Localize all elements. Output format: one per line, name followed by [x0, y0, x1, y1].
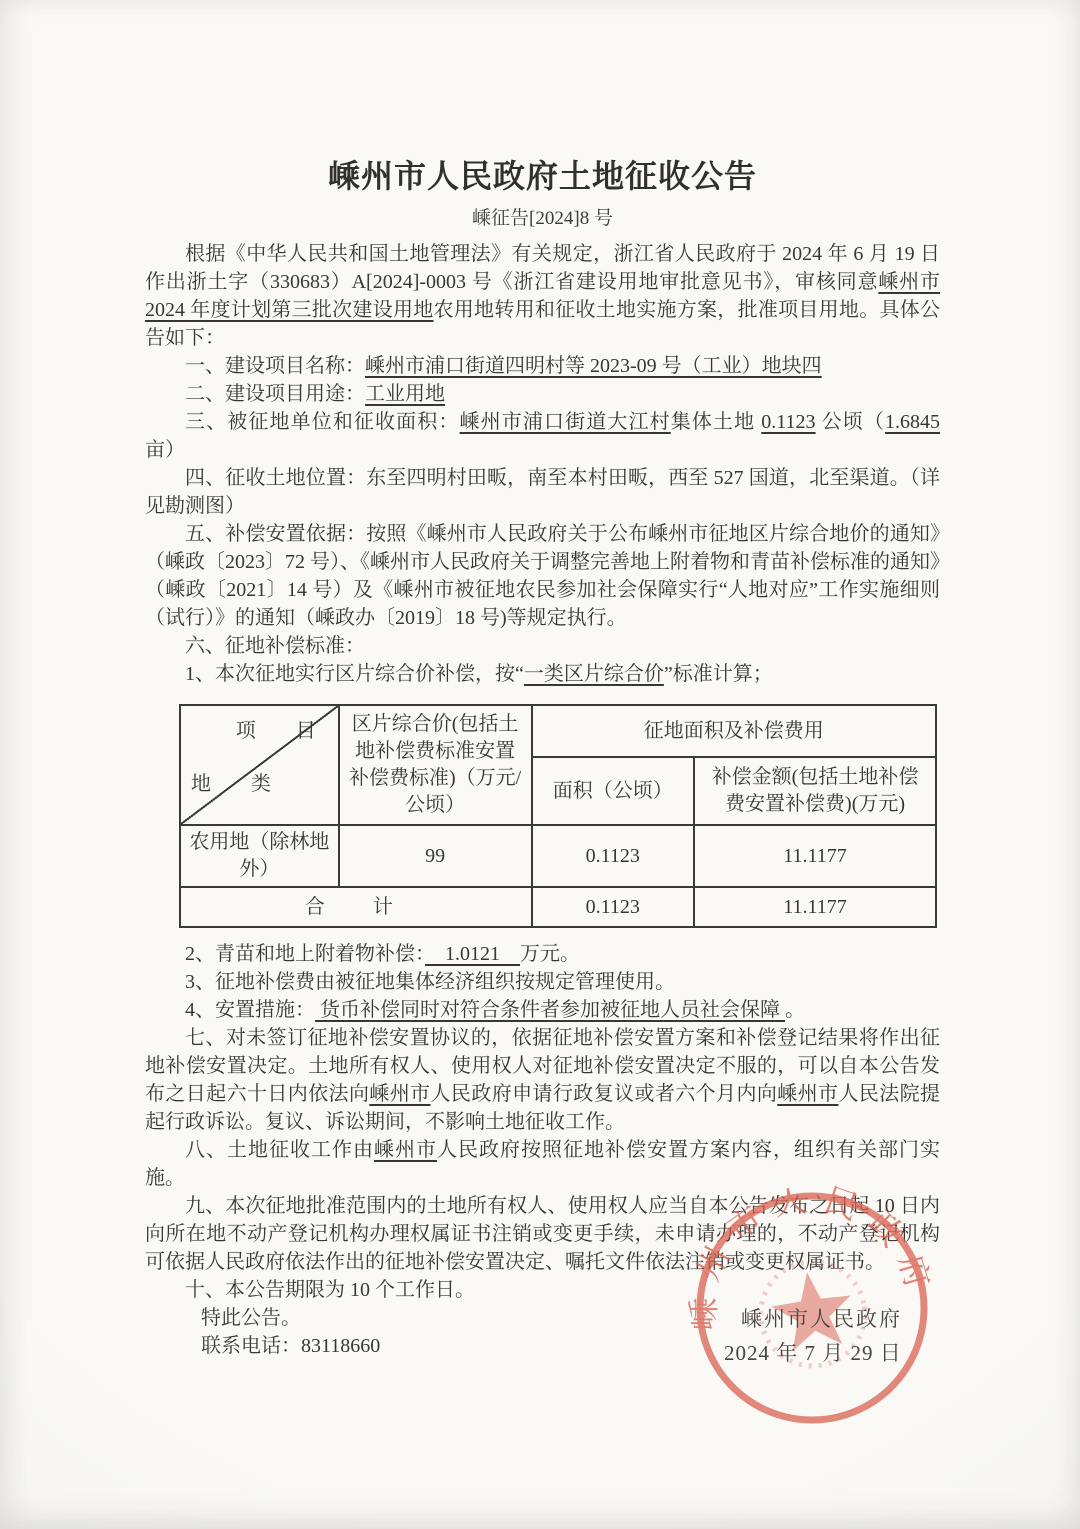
cell-land-type: 农用地（除林地外） — [180, 825, 339, 887]
announcement-page: 嵊州市人民政府土地征收公告 嵊征告[2024]8 号 根据《中华人民共和国土地管… — [0, 0, 1080, 1529]
underlined-text: 一类区片综合价 — [524, 663, 664, 685]
para-item-6-4: 4、安置措施： 货币补偿同时对符合条件者参加被征地人员社会保障 。 — [145, 996, 940, 1024]
text-segment: 4、安置措施： — [185, 999, 315, 1021]
table-corner-cell: 项 目 地 类 — [180, 705, 339, 825]
text-segment: 公顷（ — [816, 411, 885, 433]
underlined-text: 嵊州市浦口街道四明村等 2023-09 号（工业）地块四 — [365, 355, 822, 377]
cell-area: 0.1123 — [532, 825, 695, 887]
total-label: 合 计 — [180, 887, 532, 927]
text-segment: 八、土地征收工作由 — [185, 1139, 374, 1161]
underlined-text: 嵊州市浦口街道大江村 — [460, 411, 671, 433]
underlined-text: 嵊州市 — [369, 1083, 430, 1105]
underlined-text: 0.1123 — [761, 411, 815, 433]
text-segment: 四、征收土地位置：东至四明村田畈，南至本村田畈，西至 527 国道，北至渠道。（… — [145, 467, 940, 517]
signature-date: 2024 年 7 月 29 日 — [724, 1340, 902, 1366]
underlined-text: 嵊州市 — [777, 1083, 838, 1105]
text-segment: 。 — [785, 999, 805, 1021]
para-item-6-3: 3、征地补偿费由被征地集体经济组织按规定管理使用。 — [145, 968, 940, 996]
cell-price: 99 — [339, 825, 532, 887]
header-amount: 补偿金额(包括土地补偿费安置补偿费)(万元) — [694, 757, 936, 825]
doc-number: 嵊征告[2024]8 号 — [145, 206, 940, 232]
para-item-4: 四、征收土地位置：东至四明村田畈，南至本村田畈，西至 527 国道，北至渠道。（… — [145, 464, 940, 520]
text-segment: 集体土地 — [671, 411, 762, 433]
page-title: 嵊州市人民政府土地征收公告 — [145, 158, 940, 194]
corner-label-item: 项 目 — [236, 718, 326, 745]
contact-number: 83118660 — [301, 1335, 380, 1357]
para-item-5: 五、补偿安置依据：按照《嵊州市人民政府关于公布嵊州市征地区片综合地价的通知》（嵊… — [145, 520, 940, 632]
underlined-text: 1.6845 — [885, 411, 940, 433]
para-item-7: 七、对未签订征地补偿安置协议的，依据征地补偿安置方案和补偿登记结果将作出征地补偿… — [145, 1024, 940, 1136]
header-group: 征地面积及补偿费用 — [532, 705, 936, 757]
header-area: 面积（公顷） — [532, 757, 695, 825]
text-segment: 2、青苗和地上附着物补偿： — [185, 943, 425, 965]
underlined-text: 工业用地 — [365, 383, 445, 405]
para-intro: 根据《中华人民共和国土地管理法》有关规定，浙江省人民政府于 2024 年 6 月… — [145, 240, 940, 352]
document-content: 嵊州市人民政府土地征收公告 嵊征告[2024]8 号 根据《中华人民共和国土地管… — [145, 158, 940, 1360]
contact-label: 联系电话： — [201, 1335, 301, 1357]
para-item-1: 一、建设项目名称：嵊州市浦口街道四明村等 2023-09 号（工业）地块四 — [145, 352, 940, 380]
cell-amount: 11.1177 — [694, 825, 936, 887]
table-total-row: 合 计 0.1123 11.1177 — [180, 887, 936, 927]
text-segment: 万元。 — [520, 943, 580, 965]
underlined-text: 货币补偿同时对符合条件者参加被征地人员社会保障 — [315, 999, 785, 1021]
compensation-table: 项 目 地 类 区片综合价(包括土地补偿费标准安置补偿费标准)（万元/公顷） 征… — [179, 704, 937, 928]
para-item-3: 三、被征地单位和征收面积：嵊州市浦口街道大江村集体土地 0.1123 公顷（1.… — [145, 408, 940, 464]
text-segment: 3、征地补偿费由被征地集体经济组织按规定管理使用。 — [185, 971, 675, 993]
total-area: 0.1123 — [532, 887, 695, 927]
text-segment: 亩） — [145, 439, 185, 461]
para-item-2: 二、建设项目用途：工业用地 — [145, 380, 940, 408]
header-price: 区片综合价(包括土地补偿费标准安置补偿费标准)（万元/公顷） — [339, 705, 532, 825]
body-before-table: 根据《中华人民共和国土地管理法》有关规定，浙江省人民政府于 2024 年 6 月… — [145, 240, 940, 688]
para-item-6-1: 1、本次征地实行区片综合价补偿，按“一类区片综合价”标准计算； — [145, 660, 940, 688]
text-segment: 1、本次征地实行区片综合价补偿，按“ — [185, 663, 524, 685]
text-segment: 三、被征地单位和征收面积： — [185, 411, 460, 433]
para-item-6: 六、征地补偿标准： — [145, 632, 940, 660]
underlined-text: 1.0121 — [425, 943, 520, 965]
underlined-text: 嵊州市 — [374, 1139, 437, 1161]
text-segment: 五、补偿安置依据：按照《嵊州市人民政府关于公布嵊州市征地区片综合地价的通知》（嵊… — [145, 523, 940, 629]
signature-issuer: 嵊州市人民政府 — [741, 1306, 902, 1332]
text-segment: 一、建设项目名称： — [185, 355, 365, 377]
total-amount: 11.1177 — [694, 887, 936, 927]
para-item-6-2: 2、青苗和地上附着物补偿： 1.0121 万元。 — [145, 940, 940, 968]
text-segment: 十、本公告期限为 10 个工作日。 — [185, 1279, 475, 1301]
text-segment: ”标准计算； — [664, 663, 773, 685]
table-row: 农用地（除林地外） 99 0.1123 11.1177 — [180, 825, 936, 887]
text-segment: 人民政府申请行政复议或者六个月内向 — [431, 1083, 778, 1105]
text-segment: 二、建设项目用途： — [185, 383, 365, 405]
text-segment: 六、征地补偿标准： — [185, 635, 365, 657]
text-segment: 根据《中华人民共和国土地管理法》有关规定，浙江省人民政府于 2024 年 6 月… — [145, 243, 940, 293]
corner-label-landtype: 地 类 — [191, 771, 281, 798]
